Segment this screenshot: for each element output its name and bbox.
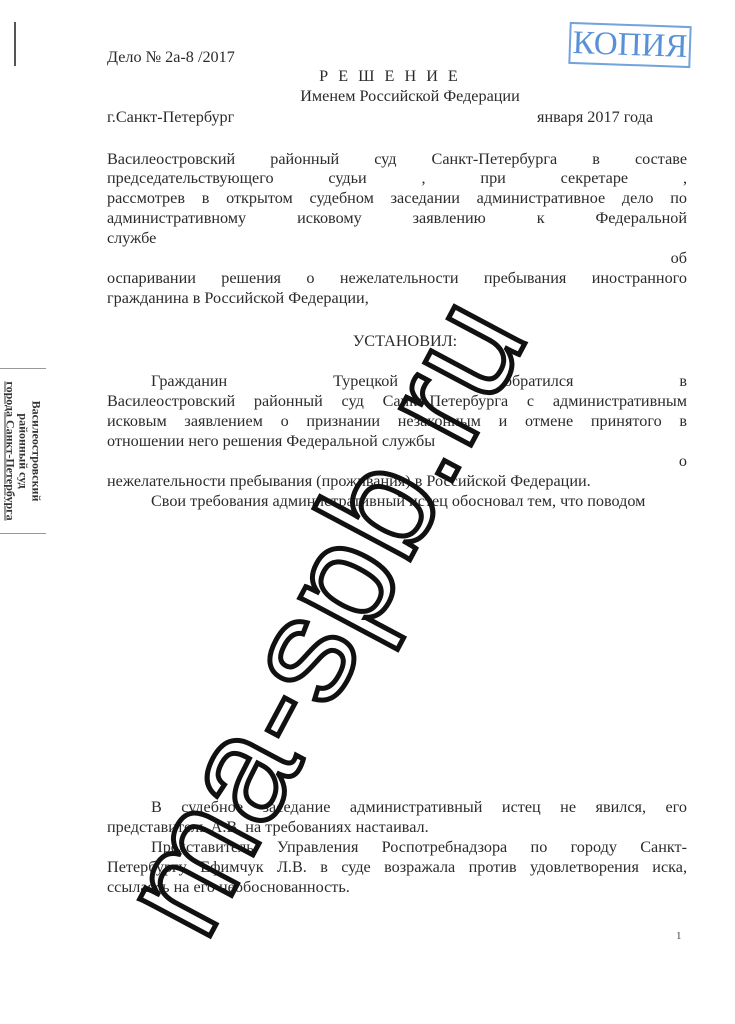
court-side-stamp: Василеостровский районный суд города Сан… bbox=[0, 368, 46, 534]
hearing-line: представитель А.В. на требованиях настаи… bbox=[107, 818, 687, 836]
established-line: исковым заявлением о признании незаконны… bbox=[107, 412, 687, 430]
section-heading: УСТАНОВИЛ: bbox=[280, 332, 530, 350]
intro-line: службе bbox=[107, 229, 687, 247]
document-page: Дело № 2а-8 /2017 КОПИЯ Р Е Ш Е Н И Е Им… bbox=[0, 0, 735, 1024]
side-stamp-line: города Санкт-Петербурга bbox=[4, 381, 17, 520]
document-subtitle: Именем Российской Федерации bbox=[190, 87, 630, 105]
copy-stamp: КОПИЯ bbox=[568, 22, 691, 68]
intro-line: рассмотрев в открытом судебном заседании… bbox=[107, 189, 687, 207]
established-line: Василеостровский районный суд Санкт-Пете… bbox=[107, 392, 687, 410]
side-stamp-line: Василеостровский bbox=[30, 381, 43, 520]
intro-line: гражданина в Российской Федерации, bbox=[107, 289, 687, 307]
margin-mark bbox=[14, 22, 16, 66]
intro-line: председательствующего судьи , при секрет… bbox=[107, 169, 687, 187]
decision-date: января 2017 года bbox=[537, 108, 653, 126]
side-stamp-line: районный суд bbox=[17, 381, 30, 520]
court-side-stamp-text: Василеостровский районный суд города Сан… bbox=[4, 381, 43, 520]
hearing-line: Петербургу Ефимчук Л.В. в суде возражала… bbox=[107, 858, 687, 876]
established-line: Гражданин Турецкой обратился в bbox=[107, 372, 687, 390]
case-number: Дело № 2а-8 /2017 bbox=[107, 48, 235, 66]
page-number: 1 bbox=[676, 930, 682, 942]
established-line: о bbox=[107, 452, 687, 470]
hearing-line: ссылаясь на его необоснованность. bbox=[107, 878, 687, 896]
intro-line: об bbox=[107, 249, 687, 267]
city: г.Санкт-Петербург bbox=[107, 108, 234, 126]
document-title: Р Е Ш Е Н И Е bbox=[190, 67, 590, 85]
hearing-line: В судебное заседание административный ис… bbox=[107, 798, 687, 816]
intro-line: оспаривании решения о нежелательности пр… bbox=[107, 269, 687, 287]
established-line: отношении него решения Федеральной служб… bbox=[107, 432, 687, 450]
hearing-line: Представитель Управления Роспотребнадзор… bbox=[107, 838, 687, 856]
established-line: Свои требования административный истец о… bbox=[107, 492, 687, 510]
intro-line: Василеостровский районный суд Санкт-Пете… bbox=[107, 150, 687, 168]
intro-line: административному исковому заявлению к Ф… bbox=[107, 209, 687, 227]
established-line: нежелательности пребывания (проживания) … bbox=[107, 472, 687, 490]
